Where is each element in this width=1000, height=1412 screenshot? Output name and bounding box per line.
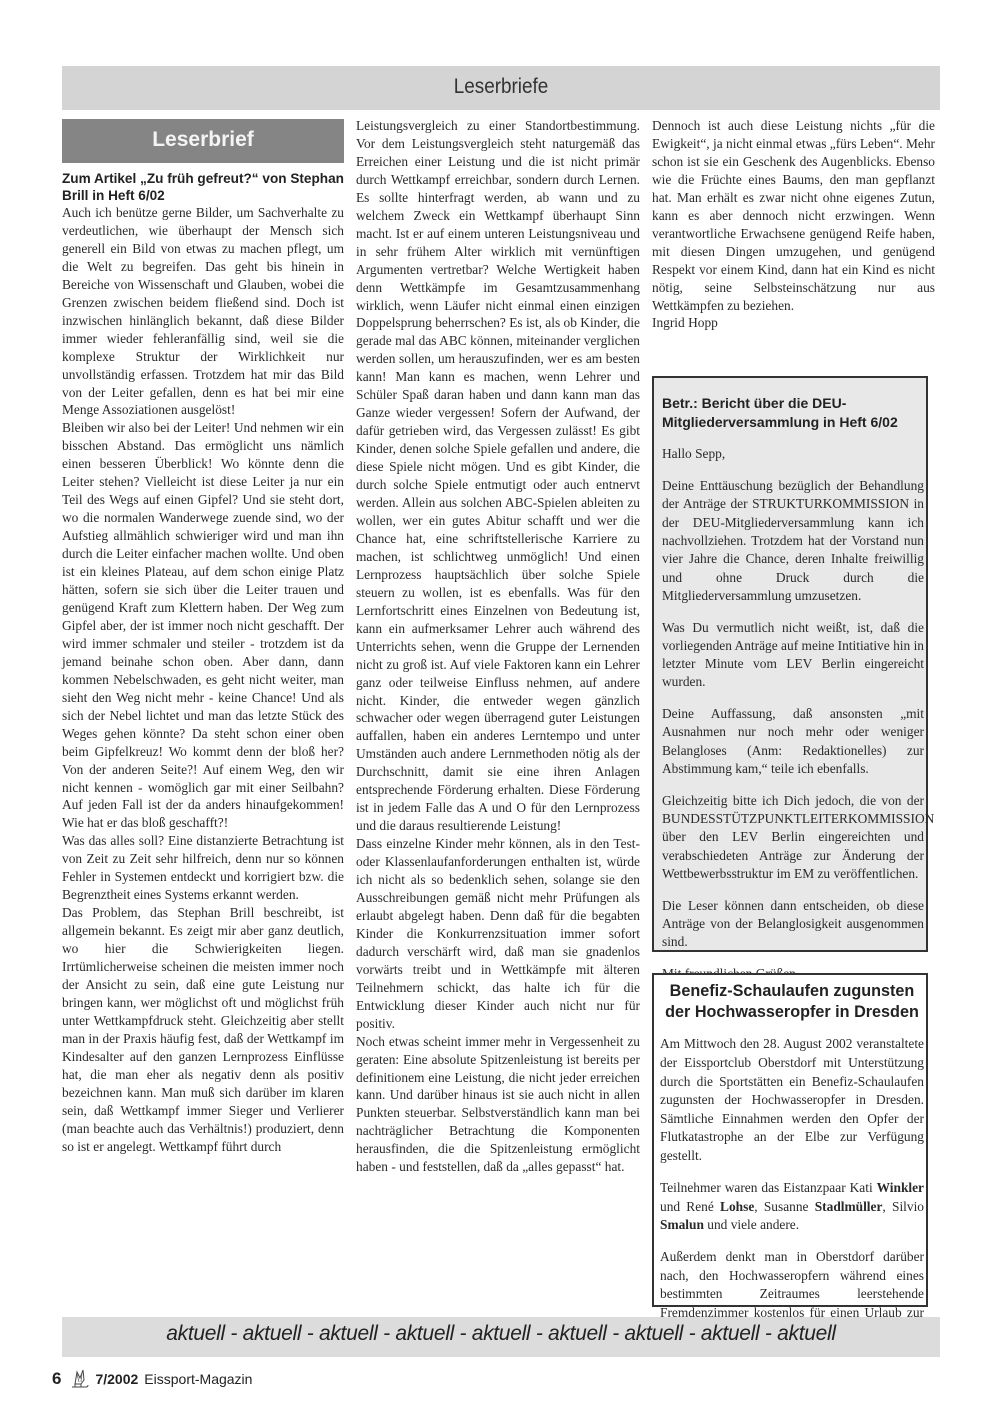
page-footer: 6 7/2002 Eissport-Magazin — [52, 1367, 252, 1391]
leserbrief-tag: Leserbrief — [62, 119, 344, 163]
column-1: Zum Artikel „Zu früh gefreut?“ von Steph… — [62, 170, 344, 1156]
news-headline: Benefiz-Schaulaufen zugunsten der Hochwa… — [660, 981, 924, 1022]
participants-text: , Silvio — [882, 1199, 924, 1214]
participant-name: Lohse — [720, 1199, 754, 1214]
letter2-paragraph: Deine Auffassung, daß ansonsten „mit Aus… — [662, 705, 924, 778]
participants-text: , Susanne — [754, 1199, 814, 1214]
participants-intro: Teilnehmer waren das Eistanzpaar Kati — [660, 1180, 877, 1195]
column-3: Dennoch ist auch diese Leistung nichts „… — [652, 117, 935, 332]
news-paragraph: Am Mittwoch den 28. August 2002 veransta… — [660, 1035, 924, 1165]
aktuell-text: aktuell - aktuell - aktuell - aktuell - … — [62, 1322, 940, 1346]
letter1-signature: Ingrid Hopp — [652, 314, 935, 332]
magazine-name: Eissport-Magazin — [144, 1371, 252, 1387]
section-header-band: Leserbriefe — [62, 66, 940, 110]
letter1-paragraph: Was das alles soll? Eine distanzierte Be… — [62, 832, 344, 904]
participants-text: und René — [660, 1199, 720, 1214]
letter2-paragraph: Die Leser können dann entscheiden, ob di… — [662, 897, 924, 952]
letter2-paragraph: Deine Enttäuschung bezüglich der Behandl… — [662, 477, 924, 605]
section-title: Leserbriefe — [106, 75, 896, 99]
letter2-headline: Betr.: Bericht über die DEU-Mitgliederve… — [662, 394, 924, 432]
letter1-paragraph: Dass einzelne Kinder mehr können, als in… — [356, 835, 640, 1032]
letter2-paragraph: Gleichzeitig bitte ich Dich jedoch, die … — [662, 792, 924, 883]
participants-outro: und viele andere. — [704, 1217, 799, 1232]
leserbrief-tag-label: Leserbrief — [62, 128, 344, 152]
participant-name: Smalun — [660, 1217, 704, 1232]
letter1-paragraph: Noch etwas scheint immer mehr in Vergess… — [356, 1033, 640, 1177]
letter1-paragraph: Das Problem, das Stephan Brill beschreib… — [62, 904, 344, 1155]
letter2-paragraph: Was Du vermutlich nicht weißt, ist, daß … — [662, 619, 924, 692]
participant-name: Stadlmüller — [815, 1199, 883, 1214]
letter1-headline: Zum Artikel „Zu früh gefreut?“ von Steph… — [62, 170, 344, 204]
page-number: 6 — [52, 1369, 61, 1389]
letter2-box: Betr.: Bericht über die DEU-Mitgliederve… — [652, 376, 928, 952]
column-2: Leistungsvergleich zu einer Standortbest… — [356, 117, 640, 1176]
letter1-paragraph: Dennoch ist auch diese Leistung nichts „… — [652, 117, 935, 314]
skater-logo-icon — [69, 1368, 91, 1390]
letter2-greeting: Hallo Sepp, — [662, 445, 924, 463]
aktuell-band: aktuell - aktuell - aktuell - aktuell - … — [62, 1317, 940, 1357]
news-box: Benefiz-Schaulaufen zugunsten der Hochwa… — [652, 973, 928, 1307]
issue-number: 7/2002 — [95, 1371, 138, 1387]
letter1-paragraph: Leistungsvergleich zu einer Standortbest… — [356, 117, 640, 835]
participant-name: Winkler — [877, 1180, 924, 1195]
letter1-paragraph: Bleiben wir also bei der Leiter! Und neh… — [62, 419, 344, 832]
news-participants: Teilnehmer waren das Eistanzpaar Kati Wi… — [660, 1179, 924, 1235]
letter1-paragraph: Auch ich benütze gerne Bilder, um Sachve… — [62, 204, 344, 419]
